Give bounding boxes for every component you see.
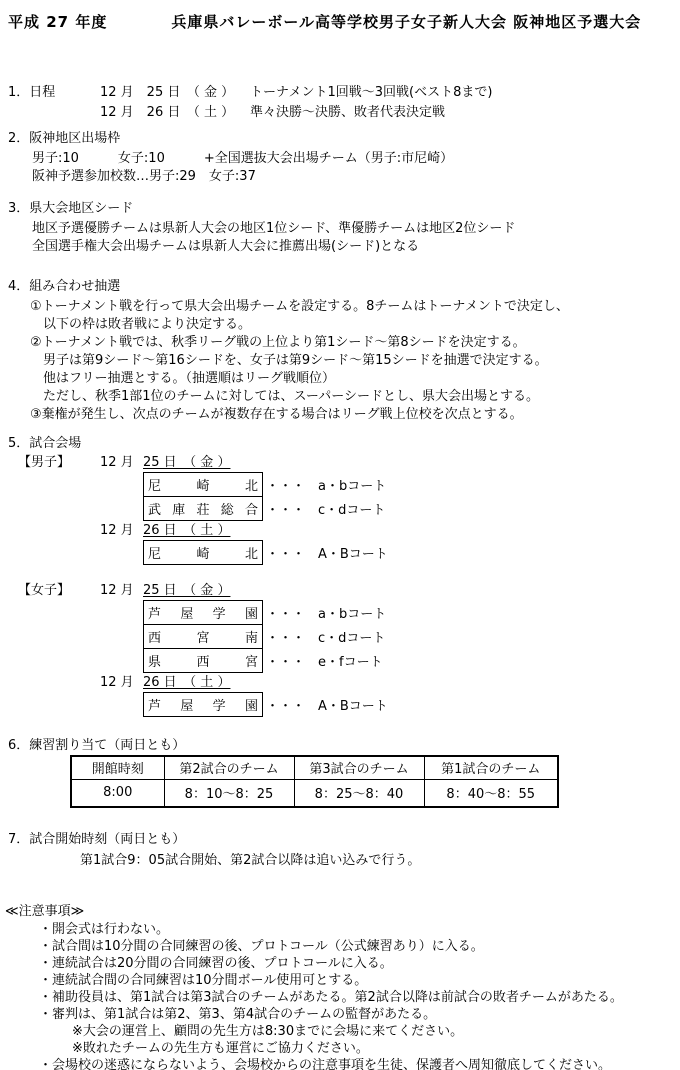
venue-box: 芦屋学園: [143, 600, 263, 625]
section-quota: 2．阪神地区出場枠 男子:10 女子:10 +全国選抜大会出場チーム（男子:市尼…: [8, 130, 676, 186]
venue-name: 尼崎北: [144, 475, 262, 494]
section-notes-heading: ≪注意事項≫: [5, 903, 676, 921]
draw-line-7: ③棄権が発生し、次点のチームが複数存在する場合はリーグ戦上位校を次点とする。: [30, 406, 676, 424]
section-seed-heading: 3．県大会地区シード: [8, 200, 676, 218]
draw-line-2: 以下の枠は敗者戦により決定する。: [30, 316, 676, 334]
document-title: 平成 27 年度 兵庫県バレーボール高等学校男子女子新人大会 阪神地区予選大会: [8, 12, 676, 32]
practice-value-match3: 8：25～8：40: [294, 779, 424, 807]
section-practice-heading: 6．練習割り当て（両日とも）: [8, 739, 676, 753]
note-item-sub: ※大会の運営上、顧問の先生方は8:30までに会場に来てください。: [72, 1023, 676, 1040]
seed-line-2: 全国選手権大会出場チームは県新人大会に推薦出場(シード)となる: [32, 238, 676, 256]
practice-table: 開館時刻 第2試合のチーム 第3試合のチーム 第1試合のチーム 8:00 8：1…: [70, 755, 559, 808]
venue-month: 12 月: [100, 456, 143, 470]
schedule-date-1: 12 月 25 日 （ 金 ）: [100, 83, 250, 103]
venue-month: 12 月: [100, 584, 143, 598]
venue-row: 尼崎北 ・・・ a・bコート: [143, 472, 676, 497]
venue-month: 12 月: [100, 524, 143, 538]
venue-box: 県西宮: [143, 648, 263, 673]
venue-court: ・・・ a・bコート: [266, 603, 386, 622]
draw-line-5: 他はフリー抽選とする。（抽選順はリーグ戦順位）: [30, 370, 676, 388]
venue-name: 尼崎北: [144, 543, 262, 562]
venue-court: ・・・ c・dコート: [266, 627, 385, 646]
note-item: ・補助役員は、第1試合は第3試合のチームがあたる。第2試合以降は前試合の敗者チー…: [39, 989, 676, 1006]
section-practice: 6．練習割り当て（両日とも） 開館時刻 第2試合のチーム 第3試合のチーム 第1…: [8, 739, 676, 808]
venue-group-label-men: 【男子】: [18, 456, 100, 470]
venue-name: 武庫荘総合: [144, 499, 262, 518]
venue-row: 芦屋学園 ・・・ A・Bコート: [143, 692, 676, 717]
venue-day: 25 日 （ 金 ）: [143, 583, 230, 598]
venue-box: 芦屋学園: [143, 692, 263, 717]
venue-row: 武庫荘総合 ・・・ c・dコート: [143, 496, 676, 521]
note-item-sub: ※敗れたチームの先生方も運営にご協力ください。: [72, 1040, 676, 1057]
section-venues: 5．試合会場 【男子】12 月25 日 （ 金 ） 尼崎北 ・・・ a・bコート…: [8, 435, 676, 717]
venue-court: ・・・ A・Bコート: [266, 543, 388, 562]
section-draw: 4．組み合わせ抽選 ①トーナメント戦を行って県大会出場チームを設定する。8チーム…: [8, 278, 676, 424]
venue-row: 県西宮 ・・・ e・fコート: [143, 648, 676, 673]
practice-value-open-time: 8:00: [71, 779, 164, 807]
section-schedule-heading: 1．日程: [8, 83, 100, 103]
venue-name: 県西宮: [144, 651, 262, 670]
section-venues-heading: 5．試合会場: [8, 435, 676, 453]
venue-row: 西宮南 ・・・ c・dコート: [143, 624, 676, 649]
venue-day: 25 日 （ 金 ）: [143, 455, 230, 470]
practice-value-match2: 8：10～8：25: [164, 779, 294, 807]
schedule-row: 12 月 26 日 （ 土 ）準々決勝～決勝、敗者代表決定戦: [8, 103, 676, 123]
venue-date-row: 【男子】12 月25 日 （ 金 ）: [18, 456, 676, 470]
practice-table-value-row: 8:00 8：10～8：25 8：25～8：40 8：40～8：55: [71, 779, 558, 807]
draw-line-1: ①トーナメント戦を行って県大会出場チームを設定する。8チームはトーナメントで決定…: [30, 298, 676, 316]
quota-line-1: 男子:10 女子:10 +全国選抜大会出場チーム（男子:市尼崎）: [32, 150, 676, 168]
venue-court: ・・・ A・Bコート: [266, 695, 388, 714]
venue-box: 武庫荘総合: [143, 496, 263, 521]
practice-table-header-row: 開館時刻 第2試合のチーム 第3試合のチーム 第1試合のチーム: [71, 756, 558, 779]
venue-group-women: 【女子】12 月25 日 （ 金 ） 芦屋学園 ・・・ a・bコート 西宮南 ・…: [8, 584, 676, 717]
venue-name: 西宮南: [144, 627, 262, 646]
section-schedule: 1．日程12 月 25 日 （ 金 ）トーナメント1回戦～3回戦(ベスト8まで)…: [8, 83, 676, 123]
venue-group-label-women: 【女子】: [18, 584, 100, 598]
note-item: ・審判は、第1試合は第2、第3、第4試合のチームの監督があたる。: [39, 1006, 676, 1023]
venue-court: ・・・ a・bコート: [266, 475, 386, 494]
venue-month: 12 月: [100, 676, 143, 690]
venue-name: 芦屋学園: [144, 603, 262, 622]
section-start-time-heading: 7．試合開始時刻（両日とも）: [8, 833, 676, 847]
section-quota-heading: 2．阪神地区出場枠: [8, 130, 676, 148]
practice-header-open-time: 開館時刻: [71, 756, 164, 779]
venue-court: ・・・ c・dコート: [266, 499, 385, 518]
practice-header-match2: 第2試合のチーム: [164, 756, 294, 779]
schedule-desc-1: トーナメント1回戦～3回戦(ベスト8まで): [250, 85, 492, 100]
practice-header-match3: 第3試合のチーム: [294, 756, 424, 779]
venue-date-row: 12 月26 日 （ 土 ）: [18, 524, 676, 538]
venue-box: 尼崎北: [143, 472, 263, 497]
venue-date-row: 【女子】12 月25 日 （ 金 ）: [18, 584, 676, 598]
note-item: ・開会式は行わない。: [39, 921, 676, 938]
practice-header-match1: 第1試合のチーム: [424, 756, 558, 779]
practice-value-match1: 8：40～8：55: [424, 779, 558, 807]
quota-line-2: 阪神予選参加校数…男子:29 女子:37: [32, 168, 676, 186]
section-notes: ≪注意事項≫ ・開会式は行わない。 ・試合間は10分間の合同練習の後、プロトコー…: [8, 903, 676, 1070]
seed-line-1: 地区予選優勝チームは県新人大会の地区1位シード、準優勝チームは地区2位シード: [32, 220, 676, 238]
venue-row: 芦屋学園 ・・・ a・bコート: [143, 600, 676, 625]
start-time-line: 第1試合9：05試合開始、第2試合以降は追い込みで行う。: [80, 852, 676, 870]
schedule-desc-2: 準々決勝～決勝、敗者代表決定戦: [250, 105, 445, 120]
venue-court: ・・・ e・fコート: [266, 651, 383, 670]
note-item: ・会場校の迷惑にならないよう、会場校からの注意事項を生徒、保護者へ周知徹底してく…: [39, 1057, 676, 1070]
draw-line-6: ただし、秋季1部1位のチームに対しては、スーパーシードとし、県大会出場とする。: [30, 388, 676, 406]
venue-date-row: 12 月26 日 （ 土 ）: [18, 676, 676, 690]
document-page: 平成 27 年度 兵庫県バレーボール高等学校男子女子新人大会 阪神地区予選大会 …: [0, 0, 680, 1070]
draw-line-3: ②トーナメント戦では、秋季リーグ戦の上位より第1シード～第8シードを決定する。: [30, 334, 676, 352]
note-item: ・試合間は10分間の合同練習の後、プロトコール（公式練習あり）に入る。: [39, 938, 676, 955]
section-start-time: 7．試合開始時刻（両日とも） 第1試合9：05試合開始、第2試合以降は追い込みで…: [8, 833, 676, 870]
draw-line-4: 男子は第9シード～第16シードを、女子は第9シード～第15シードを抽選で決定する…: [30, 352, 676, 370]
venue-box: 尼崎北: [143, 540, 263, 565]
schedule-row: 1．日程12 月 25 日 （ 金 ）トーナメント1回戦～3回戦(ベスト8まで): [8, 83, 676, 103]
section-seed: 3．県大会地区シード 地区予選優勝チームは県新人大会の地区1位シード、準優勝チー…: [8, 200, 676, 256]
section-draw-heading: 4．組み合わせ抽選: [8, 278, 676, 296]
venue-row: 尼崎北 ・・・ A・Bコート: [143, 540, 676, 565]
venue-group-men: 【男子】12 月25 日 （ 金 ） 尼崎北 ・・・ a・bコート 武庫荘総合 …: [8, 456, 676, 565]
note-item: ・連続試合間の合同練習は10分間ボール使用可とする。: [39, 972, 676, 989]
venue-name: 芦屋学園: [144, 695, 262, 714]
venue-day: 26 日 （ 土 ）: [143, 523, 230, 538]
note-item: ・連続試合は20分間の合同練習の後、プロトコールに入る。: [39, 955, 676, 972]
schedule-date-2: 12 月 26 日 （ 土 ）: [100, 103, 250, 123]
venue-box: 西宮南: [143, 624, 263, 649]
venue-day: 26 日 （ 土 ）: [143, 675, 230, 690]
